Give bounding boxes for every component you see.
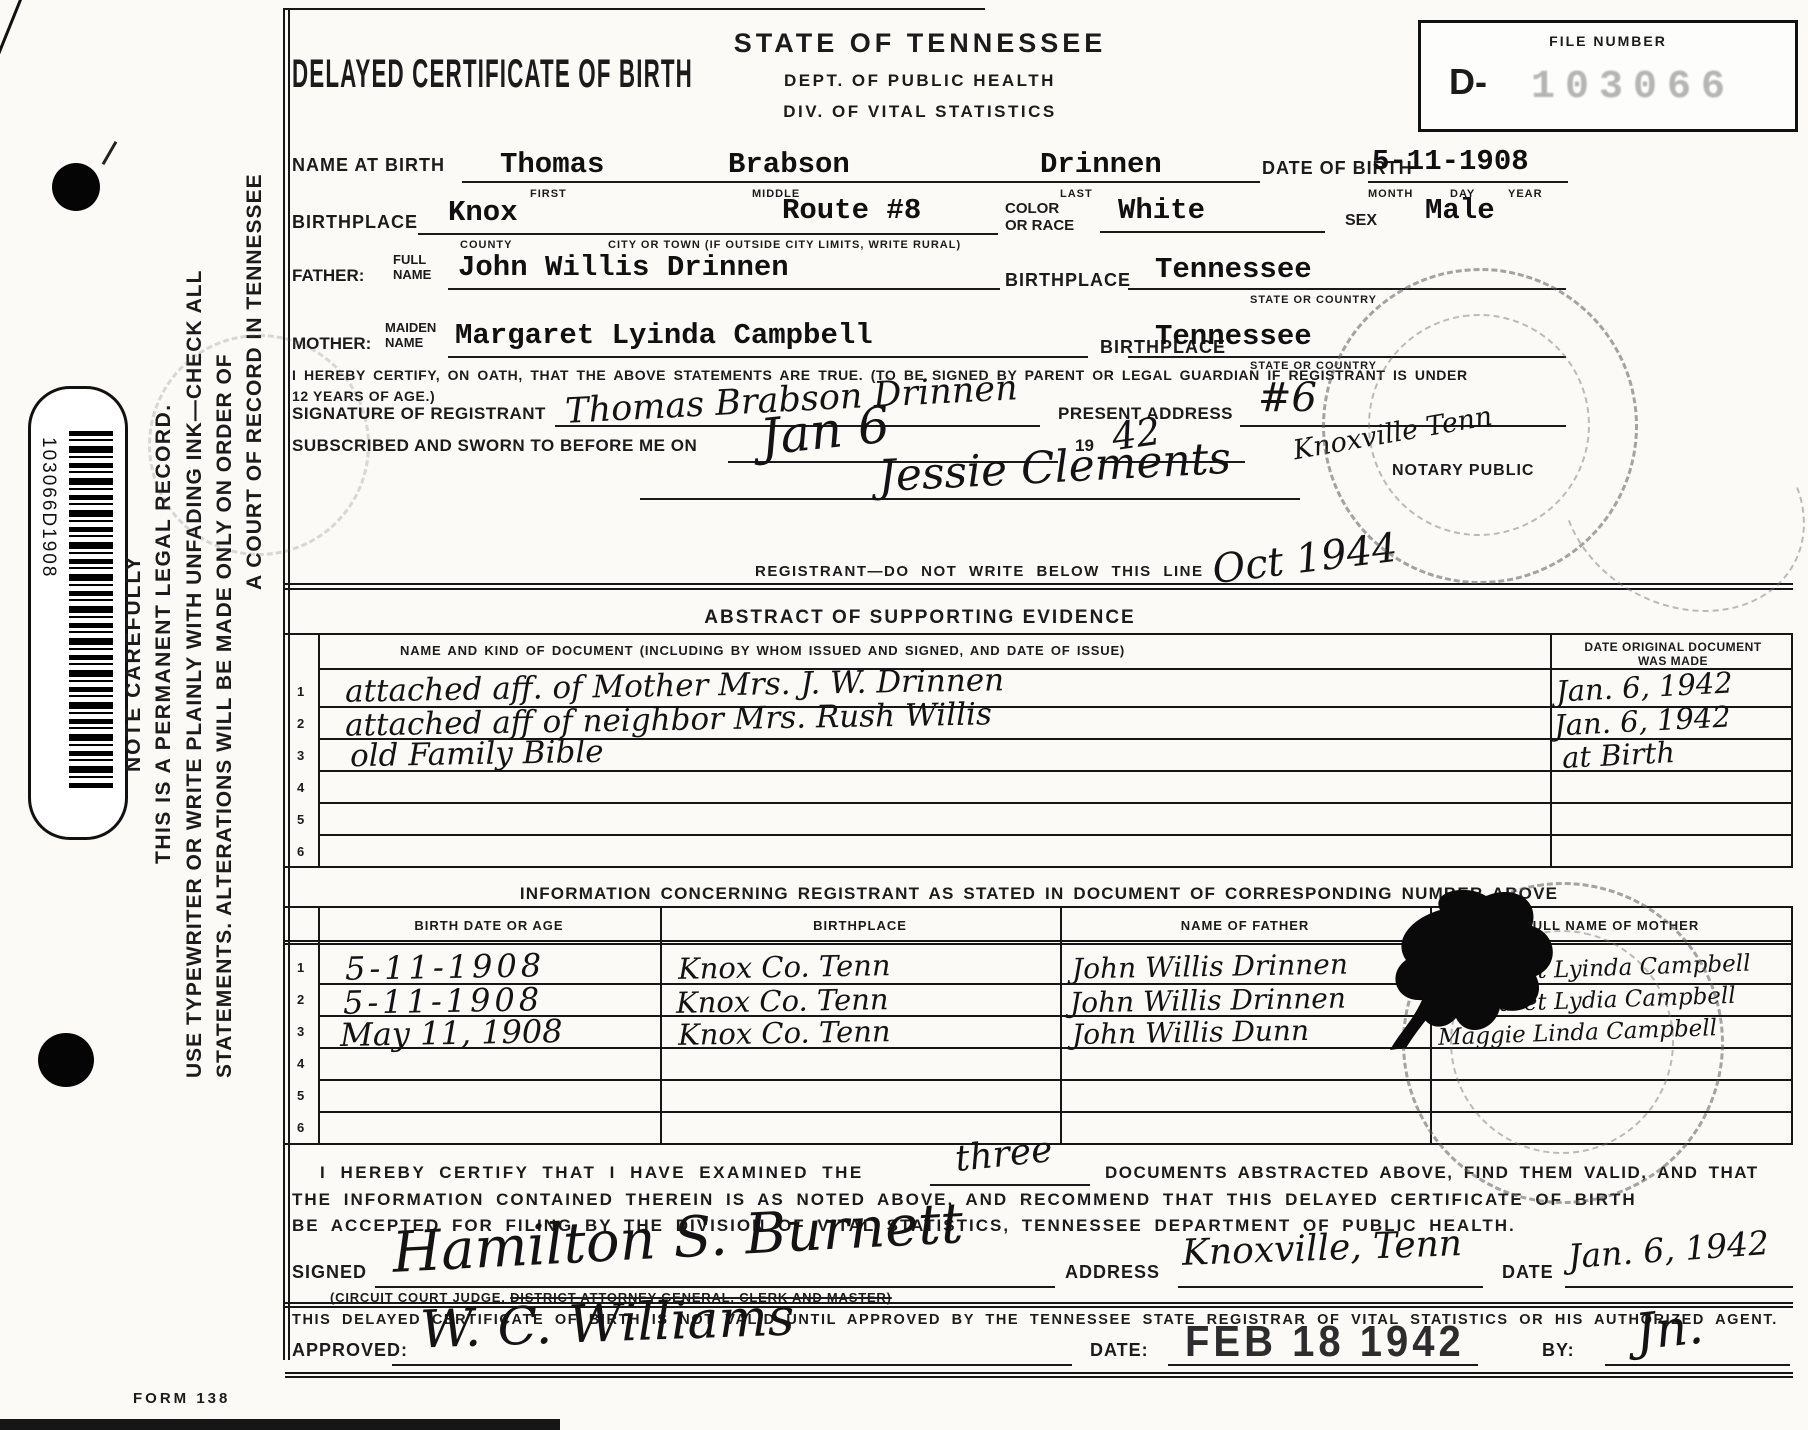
info-col-divider-1 <box>660 906 662 1143</box>
header-agency-block: STATE OF TENNESSEE DEPT. OF PUBLIC HEALT… <box>720 28 1120 122</box>
form-top-rule <box>285 8 985 10</box>
header-division: DIV. OF VITAL STATISTICS <box>720 102 1120 122</box>
file-number-box: FILE NUMBER D- 103066 <box>1418 20 1798 132</box>
father-sublabel-full: FULL <box>393 252 426 267</box>
father-sublabel-name: NAME <box>393 267 431 282</box>
ink-blot <box>1382 882 1572 1052</box>
abstract-right-border <box>1791 633 1793 866</box>
approved-label: APPROVED: <box>292 1340 408 1361</box>
address-label: ADDRESS <box>1065 1262 1160 1283</box>
mother-birthplace-value: Tennessee <box>1155 320 1312 353</box>
color-race-label-1: COLOR <box>1005 200 1059 217</box>
info-row-num: 1 <box>297 960 304 975</box>
sex-value: Male <box>1425 194 1495 227</box>
barcode-stripes-icon <box>69 431 113 791</box>
scan-tick-mark <box>102 141 118 165</box>
city-sublabel: CITY OR TOWN (IF OUTSIDE CITY LIMITS, WR… <box>608 239 961 251</box>
abstract-row-num: 6 <box>297 844 304 859</box>
abstract-row-num: 4 <box>297 780 304 795</box>
abstract-document-entry: old Family Bible <box>350 734 604 774</box>
form-left-border <box>283 8 290 1360</box>
name-at-birth-label: NAME AT BIRTH <box>292 155 445 176</box>
info-col-header-father: NAME OF FATHER <box>1060 918 1430 933</box>
abstract-top-rule <box>285 633 1793 635</box>
father-birthplace-value: Tennessee <box>1155 253 1312 286</box>
signed-label: SIGNED <box>292 1262 367 1283</box>
file-number-stamp-value: 103066 <box>1531 65 1735 110</box>
sex-label: SEX <box>1345 212 1377 230</box>
abstract-num-divider <box>318 633 320 866</box>
header-dept: DEPT. OF PUBLIC HEALTH <box>720 71 1120 91</box>
section-divider-1 <box>285 583 1793 590</box>
abstract-row-num: 2 <box>297 716 304 731</box>
info-col-header-birthdate: BIRTH DATE OR AGE <box>318 918 660 933</box>
approved-date-stamp: FEB 18 1942 <box>1185 1318 1465 1367</box>
birthplace-county-value: Knox <box>448 196 518 229</box>
info-row-num: 4 <box>297 1056 304 1071</box>
info-row-num: 6 <box>297 1120 304 1135</box>
do-not-write-label: REGISTRANT—DO NOT WRITE BELOW THIS LINE <box>755 563 1204 580</box>
dob-year-sublabel: YEAR <box>1508 188 1543 200</box>
info-right-border <box>1791 906 1793 1143</box>
birthplace-label: BIRTHPLACE <box>292 212 418 233</box>
color-race-value: White <box>1118 194 1205 227</box>
info-row-num: 3 <box>297 1024 304 1039</box>
left-partial-seal-icon <box>148 334 370 556</box>
date-label: DATE <box>1502 1262 1554 1283</box>
first-name-value: Thomas <box>500 148 604 181</box>
abstract-date-divider <box>1550 633 1552 866</box>
approved-by-label: BY: <box>1542 1340 1575 1361</box>
info-birthdate-entry: May 11, 1908 <box>340 1012 563 1054</box>
info-row-num: 2 <box>297 992 304 1007</box>
father-label: FATHER: <box>292 266 364 286</box>
info-birthplace-entry: Knox Co. Tenn <box>678 1014 891 1052</box>
abstract-row-num: 3 <box>297 748 304 763</box>
color-race-label-2: OR RACE <box>1005 217 1074 234</box>
punch-hole-bottom <box>38 1033 94 1087</box>
approved-date-label: DATE: <box>1090 1340 1149 1361</box>
info-col-divider-2 <box>1060 906 1062 1143</box>
abstract-row-num: 1 <box>297 684 304 699</box>
abstract-row-rule-5 <box>318 834 1793 836</box>
info-father-entry: John Willis Drinnen <box>1072 948 1348 986</box>
first-sublabel: FIRST <box>530 188 567 200</box>
info-father-entry: John Willis Dunn <box>1072 1014 1310 1051</box>
middle-name-value: Brabson <box>728 148 850 181</box>
mother-sublabel-maiden: MAIDEN <box>385 320 436 335</box>
file-number-label: FILE NUMBER <box>1421 33 1795 49</box>
header-state: STATE OF TENNESSEE <box>720 28 1120 59</box>
last-name-value: Drinnen <box>1040 148 1162 181</box>
county-sublabel: COUNTY <box>460 239 512 251</box>
approved-by-initials: Jn. <box>1632 1297 1706 1362</box>
abstract-date-header-1: DATE ORIGINAL DOCUMENT <box>1554 640 1792 654</box>
abstract-row-rule-4 <box>318 802 1793 804</box>
info-row-num: 5 <box>297 1088 304 1103</box>
scan-corner-mark <box>0 0 26 64</box>
father-name-value: John Willis Drinnen <box>458 251 789 284</box>
scan-edge-bar <box>0 1419 560 1430</box>
present-address-value-1: #6 <box>1258 375 1317 421</box>
barcode-number: 103066D1908 <box>37 437 59 787</box>
info-birthplace-entry: Knox Co. Tenn <box>678 948 891 986</box>
certification-line1-pre: I HEREBY CERTIFY THAT I HAVE EXAMINED TH… <box>320 1163 864 1183</box>
info-num-divider <box>318 906 320 1143</box>
abstract-doc-header: NAME AND KIND OF DOCUMENT (INCLUDING BY … <box>400 643 1125 658</box>
abstract-date-header-2: WAS MADE <box>1554 654 1792 668</box>
abstract-row-num: 5 <box>297 812 304 827</box>
date-of-birth-value: 5-11-1908 <box>1372 145 1529 178</box>
form-title: DELAYED CERTIFICATE OF BIRTH <box>292 52 693 97</box>
punch-hole-top <box>52 163 100 211</box>
form-number: FORM 138 <box>133 1390 230 1407</box>
abstract-bottom-rule <box>285 866 1793 868</box>
form-bottom-rule <box>285 1372 1793 1378</box>
father-birthplace-label: BIRTHPLACE <box>1005 270 1131 291</box>
scanned-birth-certificate: 103066D1908 NOTE CAREFULLY THIS IS A PER… <box>0 0 1808 1430</box>
birthplace-city-value: Route #8 <box>782 194 921 227</box>
last-sublabel: LAST <box>1060 188 1093 200</box>
mother-sublabel-name: NAME <box>385 335 423 350</box>
file-number-prefix: D- <box>1449 61 1487 103</box>
abstract-date-entry: at Birth <box>1561 735 1676 775</box>
margin-note-careful: NOTE CAREFULLY <box>122 555 146 772</box>
barcode-label: 103066D1908 <box>28 386 128 840</box>
info-col-header-birthplace: BIRTHPLACE <box>660 918 1060 933</box>
mother-name-value: Margaret Lyinda Campbell <box>455 319 873 352</box>
father-birthplace-sublabel: STATE OR COUNTRY <box>1250 294 1377 306</box>
certification-line2: THE INFORMATION CONTAINED THEREIN IS AS … <box>292 1190 1637 1210</box>
dob-month-sublabel: MONTH <box>1368 188 1413 200</box>
abstract-title: ABSTRACT OF SUPPORTING EVIDENCE <box>285 607 1555 629</box>
